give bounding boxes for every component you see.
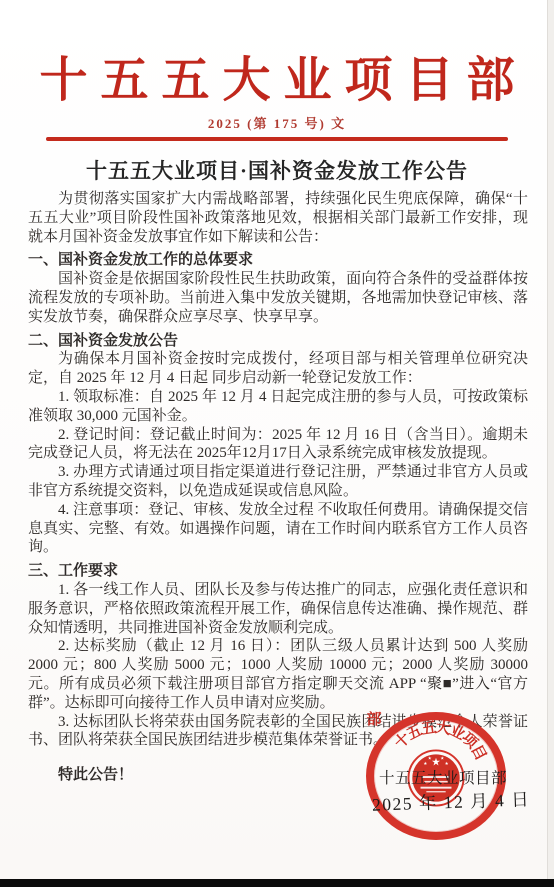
paragraph-req-2: 2. 达标奖励（截止 12 月 16 日）：团队三级人员累计达到 500 人奖励… [28,637,528,712]
seal-arc-char: 部 [366,712,382,728]
notice-title: 十五五大业项目·国补资金发放工作公告 [0,155,554,185]
header-divider [46,137,508,141]
section-heading-2: 二、国补资金发放公告 [28,332,528,351]
paragraph-intro: 为贯彻落实国家扩大内需战略部署，持续强化民生兜底保障，确保“十五五大业”项目阶段… [28,190,528,246]
photo-bottom-edge [0,879,554,887]
masthead-title: 十五五大业项目部 [0,56,554,106]
section-heading-3: 三、工作要求 [28,562,528,581]
signature-organization: 十五五大业项目部 [379,766,507,788]
paragraph-item-4: 4. 注意事项：登记、审核、发放全过程 不收取任何费用。请确保提交信息真实、完整… [28,501,528,557]
notice-body: 为贯彻落实国家扩大内需战略部署，持续强化民生兜底保障，确保“十五五大业”项目阶段… [28,190,528,785]
notice-document: 十五五大业项目部 2025 (第 175 号) 文 十五五大业项目·国补资金发放… [0,0,554,887]
section-heading-1: 一、国补资金发放工作的总体要求 [28,251,528,270]
photo-right-edge [547,0,554,887]
paragraph-item-2: 2. 登记时间：登记截止时间为：2025 年 12 月 16 日（含当日）。逾期… [28,426,528,464]
paragraph-section1: 国补资金是依据国家阶段性民生扶助政策，面向符合条件的受益群体按流程发放的专项补助… [28,270,528,326]
paragraph-section2-intro: 为确保本月国补资金按时完成拨付，经项目部与相关管理单位研究决定，自 2025 年… [28,350,528,388]
document-number: 2025 (第 175 号) 文 [0,113,554,132]
paragraph-req-1: 1. 各一线工作人员、团队长及参与传达推广的同志，应强化责任意识和服务意识，严格… [28,581,528,637]
paragraph-item-1: 1. 领取标准：自 2025 年 12 月 4 日起完成注册的参与人员，可按政策… [28,388,528,426]
paragraph-item-3: 3. 办理方式请通过项目指定渠道进行登记注册，严禁通过非官方人员或非官方系统提交… [28,463,528,501]
signature-date: 2025 年 12 月 4 日 [372,786,531,817]
